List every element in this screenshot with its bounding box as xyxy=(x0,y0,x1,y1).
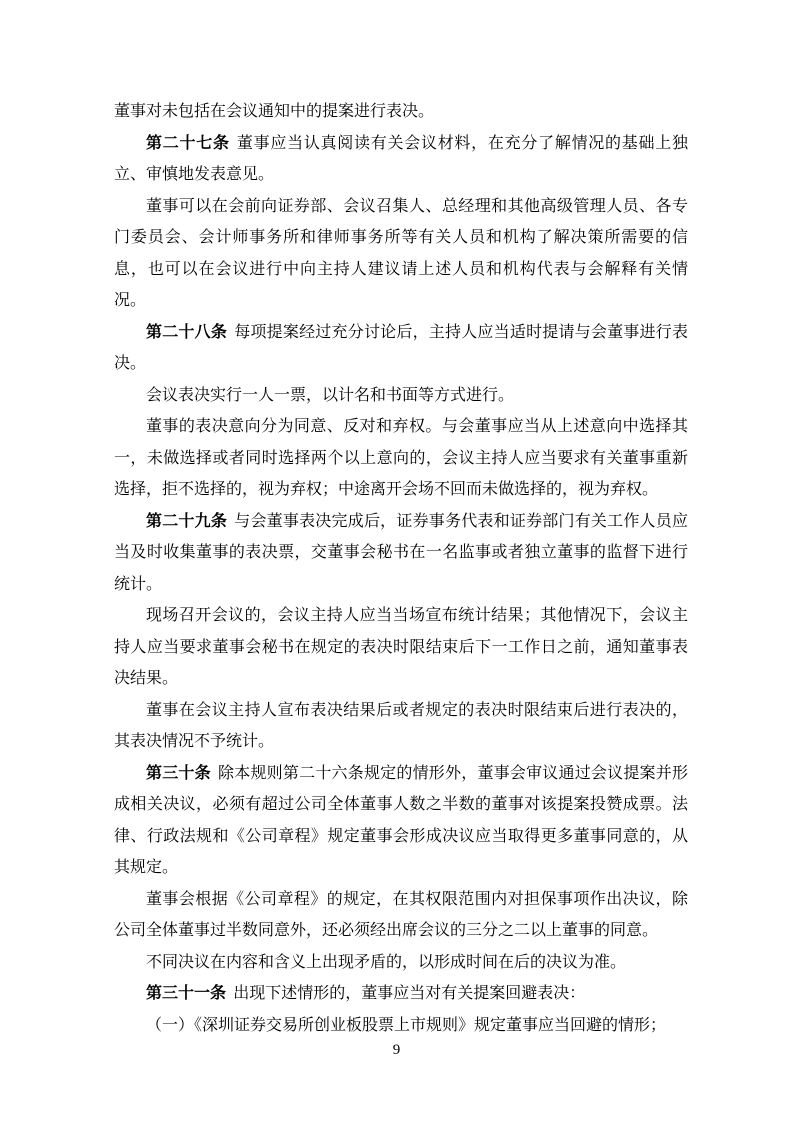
paragraph-text: 董事可以在会前向证券部、会议召集人、总经理和其他高级管理人员、各专门委员会、会计… xyxy=(114,198,688,310)
paragraph-text: 董事会根据《公司章程》的规定，在其权限范围内对担保事项作出决议，除公司全体董事过… xyxy=(114,891,688,940)
paragraph-7: 第二十九条与会董事表决完成后，证券事务代表和证券部门有关工作人员应当及时收集董事… xyxy=(114,506,688,601)
paragraph-text: 董事的表决意向分为同意、反对和弃权。与会董事应当从上述意向中选择其一，未做选择或… xyxy=(114,418,688,498)
article-number: 第三十一条 xyxy=(146,985,226,1002)
article-number: 第二十八条 xyxy=(146,324,227,341)
paragraph-8: 现场召开会议的，会议主持人应当当场宣布统计结果；其他情况下，会议主持人应当要求董… xyxy=(114,600,688,695)
paragraph-text: 董事在会议主持人宣布表决结果后或者规定的表决时限结束后进行表决的，其表决情况不予… xyxy=(114,702,688,751)
paragraph-10: 第三十条除本规则第二十六条规定的情形外，董事会审议通过会议提案并形成相关决议，必… xyxy=(114,758,688,884)
page-number: 9 xyxy=(0,1040,793,1060)
paragraph-11: 董事会根据《公司章程》的规定，在其权限范围内对担保事项作出决议，除公司全体董事过… xyxy=(114,884,688,947)
paragraph-12: 不同决议在内容和含义上出现矛盾的，以形成时间在后的决议为准。 xyxy=(114,947,688,979)
paragraph-2: 第二十七条董事应当认真阅读有关会议材料，在充分了解情况的基础上独立、审慎地发表意… xyxy=(114,128,688,191)
paragraph-text: 会议表决实行一人一票，以计名和书面等方式进行。 xyxy=(146,387,514,404)
paragraph-text: 不同决议在内容和含义上出现矛盾的，以形成时间在后的决议为准。 xyxy=(146,954,626,971)
article-number: 第二十七条 xyxy=(146,135,230,152)
article-number: 第二十九条 xyxy=(146,513,227,530)
document-page: 董事对未包括在会议通知中的提案进行表决。第二十七条董事应当认真阅读有关会议材料，… xyxy=(0,0,793,1122)
document-body: 董事对未包括在会议通知中的提案进行表决。第二十七条董事应当认真阅读有关会议材料，… xyxy=(114,96,688,1041)
paragraph-text: 现场召开会议的，会议主持人应当当场宣布统计结果；其他情况下，会议主持人应当要求董… xyxy=(114,607,688,687)
article-number: 第三十条 xyxy=(146,765,211,782)
paragraph-6: 董事的表决意向分为同意、反对和弃权。与会董事应当从上述意向中选择其一，未做选择或… xyxy=(114,411,688,506)
paragraph-text: 出现下述情形的，董事应当对有关提案回避表决： xyxy=(233,985,585,1002)
paragraph-13: 第三十一条出现下述情形的，董事应当对有关提案回避表决： xyxy=(114,978,688,1010)
paragraph-1: 董事对未包括在会议通知中的提案进行表决。 xyxy=(114,96,688,128)
paragraph-text: （一）《深圳证券交易所创业板股票上市规则》规定董事应当回避的情形； xyxy=(146,1017,666,1034)
paragraph-4: 第二十八条每项提案经过充分讨论后，主持人应当适时提请与会董事进行表决。 xyxy=(114,317,688,380)
paragraph-text: 董事对未包括在会议通知中的提案进行表决。 xyxy=(114,103,434,120)
paragraph-5: 会议表决实行一人一票，以计名和书面等方式进行。 xyxy=(114,380,688,412)
paragraph-9: 董事在会议主持人宣布表决结果后或者规定的表决时限结束后进行表决的，其表决情况不予… xyxy=(114,695,688,758)
paragraph-14: （一）《深圳证券交易所创业板股票上市规则》规定董事应当回避的情形； xyxy=(114,1010,688,1042)
paragraph-3: 董事可以在会前向证券部、会议召集人、总经理和其他高级管理人员、各专门委员会、会计… xyxy=(114,191,688,317)
